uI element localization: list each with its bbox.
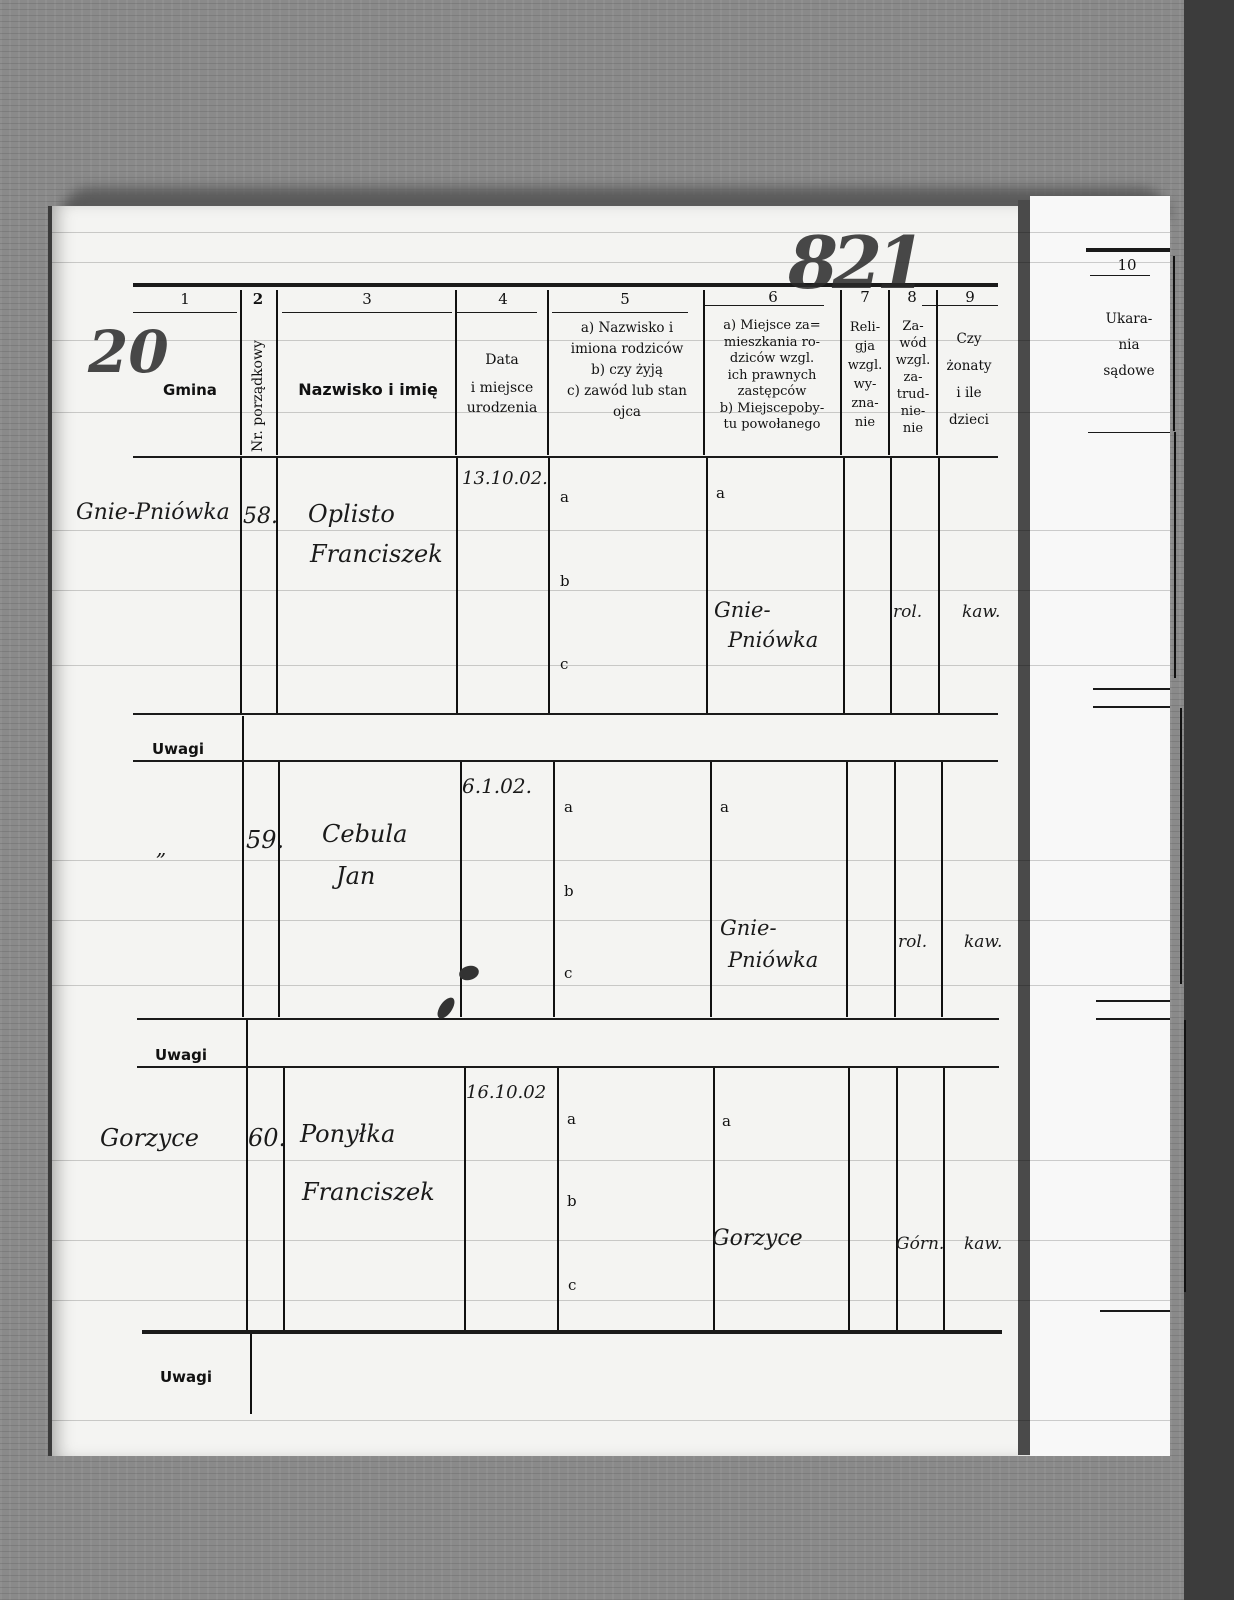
- sub-c: c: [568, 1276, 576, 1294]
- sub-a: a: [567, 1110, 576, 1128]
- remarks-bottom-rule: [137, 1066, 999, 1068]
- sub-b: b: [564, 882, 574, 900]
- colnum-underline: [455, 312, 537, 313]
- sub-c: c: [560, 655, 568, 673]
- entry-given-name: Franciszek: [302, 1178, 435, 1206]
- remarks-field[interactable]: [246, 718, 996, 758]
- sub-b: b: [560, 572, 570, 590]
- entry-married: kaw.: [964, 932, 1002, 952]
- header-czy-zonaty: Czy żonaty i ile dzieci: [938, 326, 1000, 434]
- colnum-underline: [133, 312, 237, 313]
- entry-nr: 59.: [246, 826, 284, 854]
- entry-occupation: rol.: [898, 932, 927, 952]
- column-number-5: 5: [610, 290, 640, 308]
- colnum-underline: [282, 312, 452, 313]
- colnum-underline: [1090, 275, 1150, 276]
- entry-nr: 60.: [248, 1124, 286, 1152]
- col-divider: [276, 290, 278, 455]
- header-nr-porzadkowy: Nr. porządkowy: [250, 322, 266, 452]
- entry-birth-date: 13.10.02.: [462, 468, 548, 489]
- handwritten-page-number: 821: [788, 220, 920, 305]
- header-nazwisko-imie: Nazwisko i imię: [282, 380, 454, 400]
- entry-married: kaw.: [962, 602, 1000, 622]
- colnum-underline: [552, 312, 688, 313]
- entry-birth-date: 16.10.02: [466, 1082, 546, 1103]
- entry-occupation: rol.: [893, 602, 922, 622]
- remarks-label: Uwagi: [152, 740, 204, 758]
- entry-nr: 58.: [243, 504, 278, 529]
- entry-residence: Gorzyce: [712, 1226, 803, 1251]
- entry-given-name: Franciszek: [310, 540, 443, 568]
- col-divider: [240, 290, 242, 455]
- header-top-rule-right: [1086, 248, 1170, 252]
- entry-gmina: Gorzyce: [100, 1124, 199, 1152]
- header-religja: Reli- gja wzgl. wy- zna- nie: [841, 318, 889, 432]
- column-number-2: 2: [243, 290, 273, 308]
- remarks-field[interactable]: [250, 1022, 996, 1064]
- header-bottom-right: [1088, 432, 1170, 433]
- column-number-6: 6: [758, 288, 788, 306]
- remarks-field[interactable]: [254, 1336, 998, 1412]
- remarks-divider: [250, 1334, 252, 1414]
- col-divider-right: [1173, 256, 1175, 431]
- entry-gmina: „: [156, 836, 166, 860]
- handwritten-sheet-number: 20: [88, 318, 169, 386]
- column-number-4: 4: [488, 290, 518, 308]
- sub-b: b: [567, 1192, 577, 1210]
- remarks-bottom-rule: [133, 760, 998, 762]
- header-ukarania-sadowe: Ukara- nia sądowe: [1090, 306, 1168, 384]
- remarks-divider: [246, 1020, 248, 1066]
- header-zawod: Za- wód wzgl. za- trud- nie- nie: [889, 318, 937, 437]
- header-rodzice: a) Nazwisko i imiona rodziców b) czy żyj…: [549, 318, 705, 423]
- sub-a: a: [560, 488, 569, 506]
- header-miejsce-zamieszkania: a) Miejsce za= mieszkania ro- dziców wzg…: [704, 318, 840, 434]
- header-bottom-rule: [133, 456, 998, 458]
- column-number-9: 9: [955, 288, 985, 306]
- column-number-10: 10: [1112, 256, 1142, 274]
- entry-given-name: Jan: [336, 862, 375, 890]
- sub-a-col6: a: [716, 484, 725, 502]
- sub-a-col6: a: [722, 1112, 731, 1130]
- entry-residence: Gnie- Pniówka: [720, 912, 818, 976]
- remarks-divider: [242, 716, 244, 760]
- sub-a-col6: a: [720, 798, 729, 816]
- book-fold: [1018, 200, 1030, 1455]
- entry-gmina: Gnie-Pniówka: [76, 500, 230, 525]
- entry-surname: Cebula: [322, 820, 407, 848]
- entry-surname: Oplisto: [308, 500, 395, 528]
- sub-a: a: [564, 798, 573, 816]
- column-number-1: 1: [170, 290, 200, 308]
- remarks-label: Uwagi: [160, 1368, 212, 1386]
- entry-married: kaw.: [964, 1234, 1002, 1254]
- sub-c: c: [564, 964, 572, 982]
- entry-surname: Ponyłka: [300, 1120, 395, 1148]
- right-edge-shadow: [1184, 0, 1234, 1600]
- header-data-urodzenia: Data i miejsce urodzenia: [456, 350, 548, 418]
- right-page-partial: [1030, 196, 1170, 1456]
- entry-residence: Gnie- Pniówka: [714, 595, 818, 655]
- entry-occupation: Górn.: [896, 1234, 944, 1254]
- remarks-label: Uwagi: [155, 1046, 207, 1064]
- entry-birth-date: 6.1.02.: [462, 774, 532, 798]
- column-number-3: 3: [352, 290, 382, 308]
